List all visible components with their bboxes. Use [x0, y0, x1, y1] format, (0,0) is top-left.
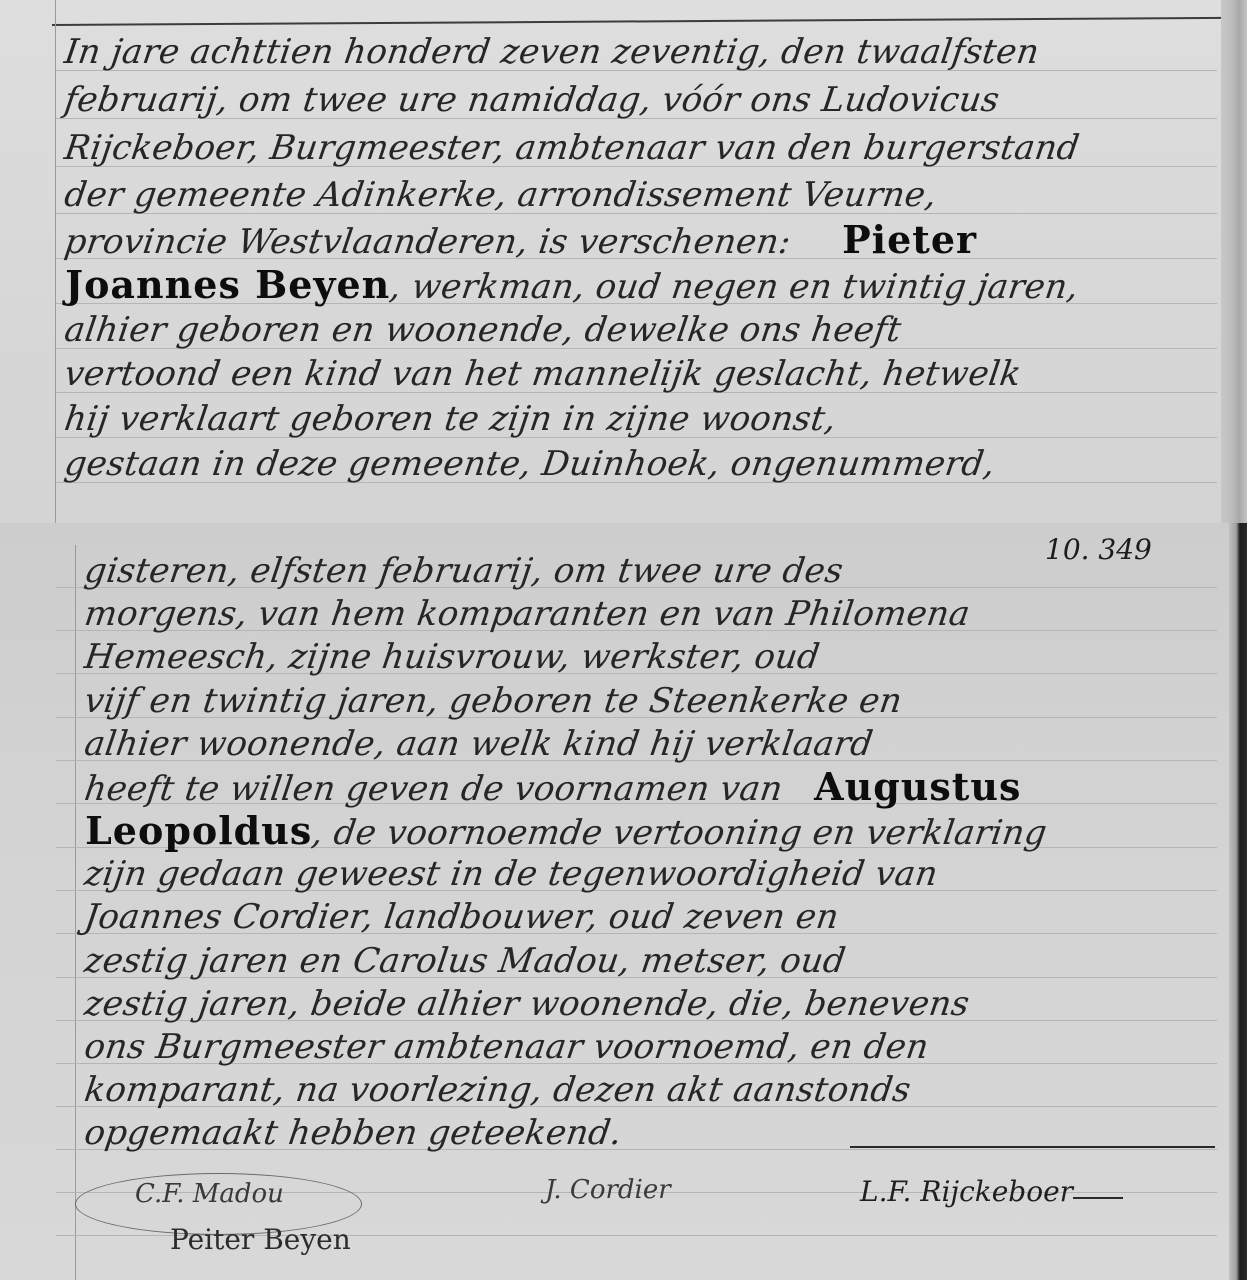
bottom-scan-page: 10. 349 gisteren, elfsten februarij, om …: [0, 523, 1247, 1280]
record-line: februarij, om twee ure namiddag, vóór on…: [62, 80, 1213, 120]
record-line: vijf en twintig jaren, geboren te Steenk…: [82, 681, 1213, 721]
record-line: vertoond een kind van het mannelijk gesl…: [62, 354, 1213, 394]
record-line: der gemeente Adinkerke, arrondissement V…: [62, 175, 1213, 215]
record-line: Leopoldus, de voornoemde vertooning en v…: [82, 811, 1213, 853]
child-second-name: Leopoldus: [85, 811, 312, 851]
father-first-name: Pieter: [842, 220, 977, 260]
page-edge: [1229, 523, 1247, 1280]
record-line: provincie Westvlaanderen, is verschenen:…: [62, 220, 1213, 262]
record-line: gisteren, elfsten februarij, om twee ure…: [82, 551, 1213, 591]
signature-official-rijckeboer: L.F. Rijckeboer: [860, 1175, 1073, 1208]
header-rule: [52, 17, 1247, 26]
top-scan-page: In jare achttien honderd zeven zeventig,…: [0, 0, 1247, 523]
record-line: alhier woonende, aan welk kind hij verkl…: [82, 724, 1213, 764]
record-line: heeft te willen geven de voornamen van A…: [82, 767, 1213, 809]
record-line: zestig jaren, beide alhier woonende, die…: [82, 984, 1213, 1024]
record-line: hij verklaart geboren te zijn in zijne w…: [62, 399, 1213, 439]
record-line: gestaan in deze gemeente, Duinhoek, onge…: [62, 444, 1213, 484]
record-line: Hemeesch, zijne huisvrouw, werkster, oud: [82, 637, 1213, 677]
closing-rule: [850, 1146, 1215, 1148]
record-line: alhier geboren en woonende, dewelke ons …: [62, 310, 1213, 350]
record-line: komparant, na voorlezing, dezen akt aans…: [82, 1070, 1213, 1110]
record-line: Rijckeboer, Burgmeester, ambtenaar van d…: [62, 128, 1213, 168]
margin-line: [55, 0, 56, 523]
record-line: Joannes Beyen, werkman, oud negen en twi…: [62, 265, 1213, 307]
record-line: morgens, van hem komparanten en van Phil…: [82, 594, 1213, 634]
signature-witness-madou: C.F. Madou: [135, 1179, 284, 1209]
record-line: Joannes Cordier, landbouwer, oud zeven e…: [82, 897, 1213, 937]
record-line: ons Burgmeester ambtenaar voornoemd, en …: [82, 1027, 1213, 1067]
father-name: Joannes Beyen: [65, 265, 390, 305]
child-first-name: Augustus: [814, 767, 1021, 807]
record-line: zestig jaren en Carolus Madou, metser, o…: [82, 941, 1213, 981]
margin-line: [75, 545, 76, 1280]
record-line: zijn gedaan geweest in de tegenwoordighe…: [82, 854, 1213, 894]
page-edge: [1221, 0, 1247, 523]
record-line: In jare achttien honderd zeven zeventig,…: [62, 32, 1213, 72]
signature-declarant-beyen: Peiter Beyen: [170, 1223, 351, 1256]
signature-witness-cordier: J. Cordier: [545, 1175, 671, 1205]
